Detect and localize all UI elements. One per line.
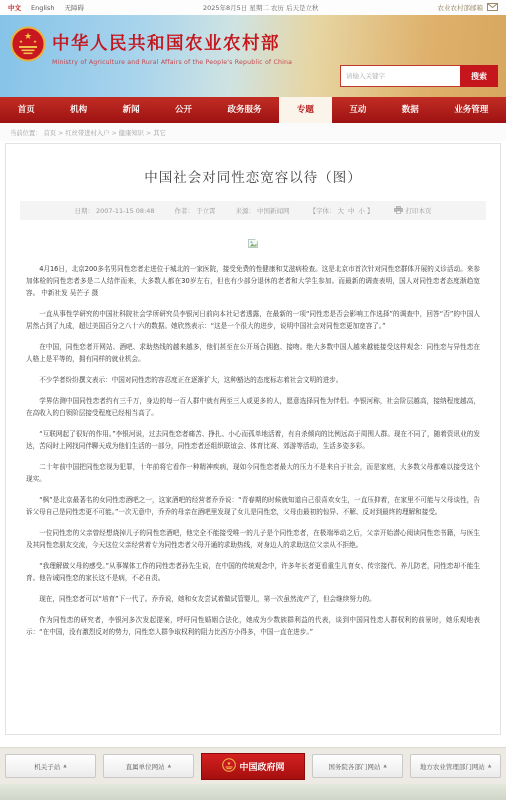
nav-item[interactable]: 业务管理 — [437, 97, 506, 123]
breadcrumb-link[interactable]: 健康知识 — [109, 128, 143, 137]
chevron-up-icon: ▲ — [168, 764, 171, 769]
article-author: 于立霄 — [196, 206, 216, 215]
mailbox-label: 农业农村部邮箱 — [438, 3, 484, 12]
language-english-link[interactable]: English — [31, 4, 54, 12]
font-size-label-end: 】 — [367, 206, 374, 215]
article-paragraph: 4月16日，北京200多名男同性恋者走进位于城北的一家医院，接受免费的性健康和艾… — [26, 263, 480, 299]
mailbox-link[interactable]: 农业农村部邮箱 — [438, 3, 499, 13]
svg-text:★: ★ — [226, 761, 231, 767]
footer-dropdown-button[interactable]: 国务院各部门网站 ▲ — [312, 754, 403, 778]
article-paragraph: “枫”是北京最著名的女同性恋酒吧之一，这家酒吧的经营者乔乔说：“青春期的时候就知… — [26, 494, 480, 518]
chevron-up-icon: ▲ — [63, 764, 66, 769]
search-input[interactable] — [340, 65, 460, 87]
article-paragraph: “互联网起了很好的作用。”李银河说，过去同性恋者痛苦、挣扎、小心而孤单地活着，有… — [26, 428, 480, 452]
article-paragraph: 一位同性恋的父亲曾经想烧掉儿子的同性恋酒吧，他完全不能接受唯一的儿子是个同性恋者… — [26, 527, 480, 551]
nav-item[interactable]: 新闻 — [105, 97, 157, 123]
ministry-title: 中华人民共和国农业农村部 — [52, 30, 292, 55]
nav-item[interactable]: 专题 — [279, 97, 331, 123]
author-label: 作者： — [175, 206, 195, 215]
breadcrumb-link[interactable]: 首页 — [43, 128, 56, 137]
article-meta-bar: 日期： 2007-11-15 08:48 作者： 于立霄 来源： 中国新闻网 【… — [20, 201, 486, 220]
article-container: 中国社会对同性恋宽容以待（图） 日期： 2007-11-15 08:48 作者：… — [5, 143, 501, 735]
gov-site-label: 中国政府网 — [240, 760, 285, 773]
footer-dropdown-label: 直属单位网站 — [126, 762, 165, 771]
language-chinese-link[interactable]: 中文 — [8, 3, 21, 12]
font-size-option[interactable]: 小 — [359, 206, 366, 215]
article-body: 4月16日，北京200多名男同性恋者走进位于城北的一家医院，接受免费的性健康和艾… — [6, 220, 500, 638]
breadcrumb-link[interactable]: 其它 — [144, 128, 166, 137]
envelope-icon — [487, 3, 498, 13]
top-utility-bar: 中文 English 无障碍 2025年8月5日 星期二 农历 后天是立秋 农业… — [0, 0, 506, 15]
article-paragraph: 不少学者纷纷撰文表示：中国对同性恋的容忍度正在逐渐扩大，这种豁达的态度标志着社会… — [26, 374, 480, 386]
footer-dropdown-label: 国务院各部门网站 — [328, 762, 380, 771]
svg-text:★: ★ — [19, 39, 23, 45]
font-size-label: 【字体： — [310, 206, 336, 215]
svg-text:★: ★ — [33, 39, 37, 45]
page-title: 中国社会对同性恋宽容以待（图） — [6, 144, 500, 201]
breadcrumb: 当前位置： 首页红丝带进村入户健康知识其它 — [0, 123, 506, 141]
breadcrumb-prefix: 当前位置： — [10, 128, 41, 137]
search-button[interactable]: 搜索 — [460, 65, 498, 87]
ministry-title-english: Ministry of Agriculture and Rural Affair… — [52, 59, 292, 66]
header-banner: ★ ★ ★ 中华人民共和国农业农村部 Ministry of Agricultu… — [0, 15, 506, 97]
date-label: 日期： — [74, 206, 94, 215]
national-emblem-logo: ★ ★ ★ — [10, 26, 46, 66]
article-paragraph: 在中国，同性恋者开网站、酒吧、求助热线的越来越多，他们甚至在公开场合拥抱、接吻。… — [26, 341, 480, 365]
printer-icon — [394, 206, 403, 216]
chevron-up-icon: ▲ — [488, 764, 491, 769]
article-paragraph: 现在，同性恋者可以“培育”下一代了。乔乔说，她和女友尝试着做试管婴儿，第一次虽然… — [26, 593, 480, 605]
article-paragraph: 一直从事性学研究的中国社科院社会学所研究员李银河日前向本社记者透露，在最新的一项… — [26, 308, 480, 332]
nav-item[interactable]: 政务服务 — [210, 97, 279, 123]
svg-text:★: ★ — [24, 32, 32, 42]
nav-item[interactable]: 机构 — [52, 97, 104, 123]
chevron-up-icon: ▲ — [383, 764, 386, 769]
source-label: 来源： — [236, 206, 256, 215]
footer-dropdown-label: 地方农业管理部门网站 — [420, 762, 485, 771]
print-page-button[interactable]: 打印本页 — [394, 206, 432, 216]
gov-emblem-icon: ★ — [222, 758, 236, 775]
nav-item[interactable]: 互动 — [332, 97, 384, 123]
broken-image-icon — [26, 234, 480, 253]
china-gov-site-button[interactable]: ★ 中国政府网 — [201, 753, 305, 780]
font-size-option[interactable]: 大 — [338, 206, 345, 215]
breadcrumb-link[interactable]: 红丝带进村入户 — [56, 128, 109, 137]
article-paragraph: 作为同性恋的研究者，李银河多次发起提案，呼吁同性婚姻合法化，她成为少数族群利益的… — [26, 614, 480, 638]
nav-item[interactable]: 数据 — [384, 97, 436, 123]
article-date: 2007-11-15 08:48 — [96, 207, 155, 215]
search-box: 搜索 — [340, 65, 498, 87]
article-paragraph: 学界估测中国同性恋者约有三千万，身边的每一百人群中就有两至三人或更多的人，愿意选… — [26, 395, 480, 419]
main-navigation: 首页机构新闻公开政务服务专题互动数据业务管理 — [0, 97, 506, 123]
nav-item[interactable]: 首页 — [0, 97, 52, 123]
date-text: 2025年8月5日 星期二 农历 后天是立秋 — [84, 3, 438, 12]
article-paragraph: 二十年前中国把同性恋视为犯罪，十年前将它看作一种精神疾病，现如今同性恋者最大的压… — [26, 461, 480, 485]
nav-item[interactable]: 公开 — [157, 97, 209, 123]
footer-links-bar: 机关子站 ▲ 直属单位网站 ▲ ★ 中国政府网 国务院各部门网站 ▲ 地方农业管… — [0, 747, 506, 784]
footer-dropdown-button[interactable]: 机关子站 ▲ — [5, 754, 96, 778]
footer-scenery-strip — [0, 784, 506, 800]
footer-dropdown-label: 机关子站 — [34, 762, 60, 771]
article-source: 中国新闻网 — [257, 206, 290, 215]
article-paragraph: “我理解做父母的感受。”从事媒体工作的同性恋者孙先生说，在中国的传统观念中，许多… — [26, 560, 480, 584]
footer-dropdown-button[interactable]: 地方农业管理部门网站 ▲ — [410, 754, 501, 778]
footer-dropdown-button[interactable]: 直属单位网站 ▲ — [103, 754, 194, 778]
font-size-option[interactable]: 中 — [348, 206, 355, 215]
print-label: 打印本页 — [406, 206, 432, 215]
accessibility-link[interactable]: 无障碍 — [64, 3, 84, 12]
